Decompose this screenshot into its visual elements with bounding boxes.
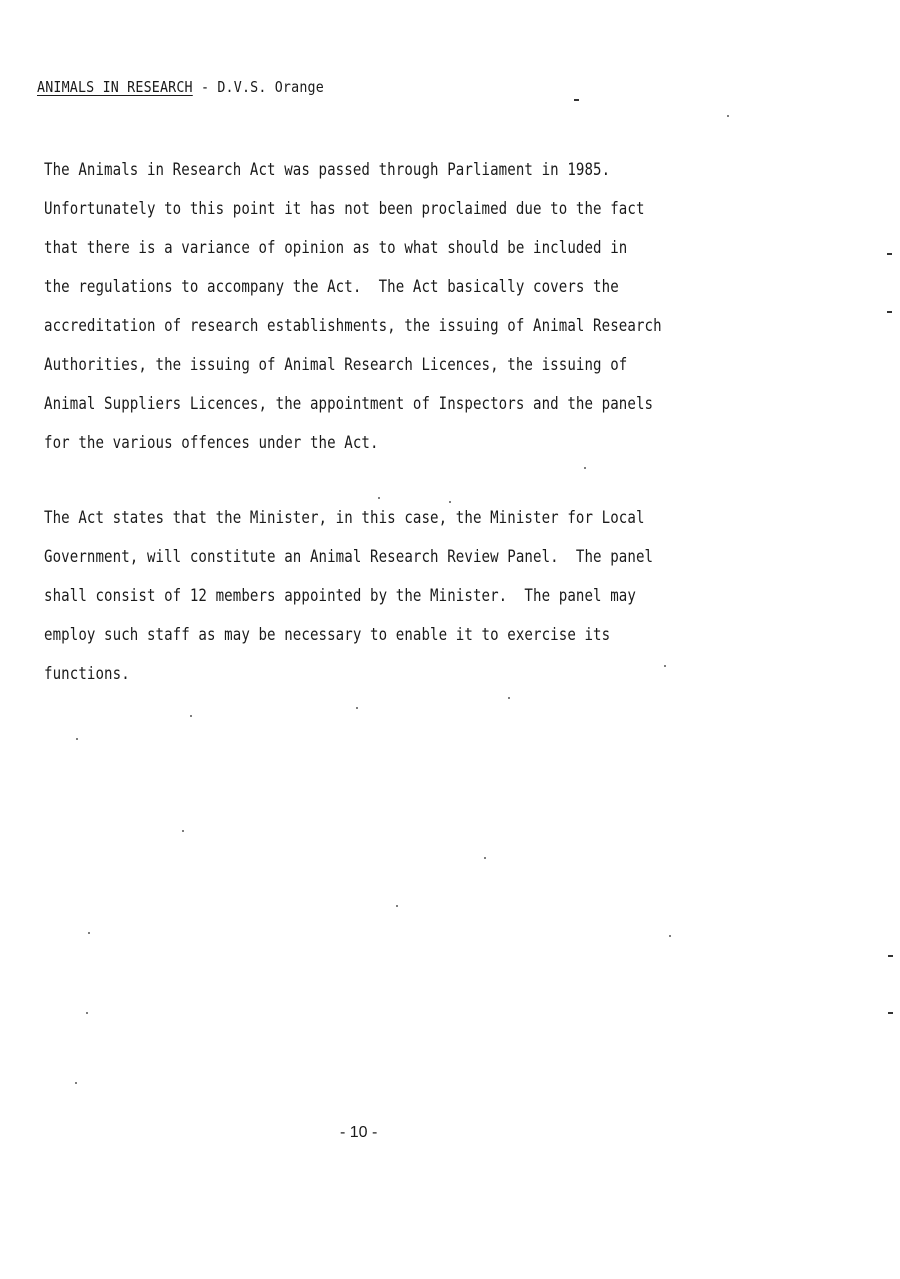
text-line: for the various offences under the Act. <box>44 423 694 462</box>
page-number: - 10 - <box>340 1124 377 1142</box>
heading-author: D.V.S. Orange <box>217 78 324 96</box>
scan-artifact <box>664 665 666 667</box>
paragraph-act-overview: The Animals in Research Act was passed t… <box>44 150 694 462</box>
scan-artifact <box>190 715 192 717</box>
text-line: The Act states that the Minister, in thi… <box>44 498 694 537</box>
scan-artifact <box>887 311 892 313</box>
text-line: the regulations to accompany the Act. Th… <box>44 267 694 306</box>
scan-artifact <box>378 497 380 499</box>
scan-artifact <box>727 115 729 117</box>
scan-artifact <box>396 905 398 907</box>
scan-artifact <box>182 830 184 832</box>
scan-artifact <box>484 857 486 859</box>
scan-artifact <box>888 1012 893 1014</box>
scan-artifact <box>508 697 510 699</box>
scan-artifact <box>888 955 893 957</box>
document-heading: ANIMALS IN RESEARCH - D.V.S. Orange <box>37 78 324 96</box>
heading-title: ANIMALS IN RESEARCH <box>37 78 193 96</box>
text-line: employ such staff as may be necessary to… <box>44 615 694 654</box>
text-line: accreditation of research establishments… <box>44 306 694 345</box>
text-line: functions. <box>44 654 694 693</box>
heading-separator: - <box>193 78 218 96</box>
text-line: Government, will constitute an Animal Re… <box>44 537 694 576</box>
text-line: Unfortunately to this point it has not b… <box>44 189 694 228</box>
paragraph-review-panel: The Act states that the Minister, in thi… <box>44 498 694 693</box>
text-line: Authorities, the issuing of Animal Resea… <box>44 345 694 384</box>
scan-artifact <box>669 935 671 937</box>
scan-artifact <box>887 253 892 255</box>
scan-artifact <box>449 501 451 503</box>
scan-artifact <box>574 99 579 101</box>
scan-artifact <box>356 707 358 709</box>
scan-artifact <box>88 932 90 934</box>
scan-artifact <box>76 738 78 740</box>
scan-artifact <box>75 1082 77 1084</box>
scan-artifact <box>584 467 586 469</box>
scan-artifact <box>86 1012 88 1014</box>
text-line: shall consist of 12 members appointed by… <box>44 576 694 615</box>
text-line: The Animals in Research Act was passed t… <box>44 150 694 189</box>
document-page: ANIMALS IN RESEARCH - D.V.S. Orange The … <box>0 0 900 1279</box>
text-line: that there is a variance of opinion as t… <box>44 228 694 267</box>
text-line: Animal Suppliers Licences, the appointme… <box>44 384 694 423</box>
